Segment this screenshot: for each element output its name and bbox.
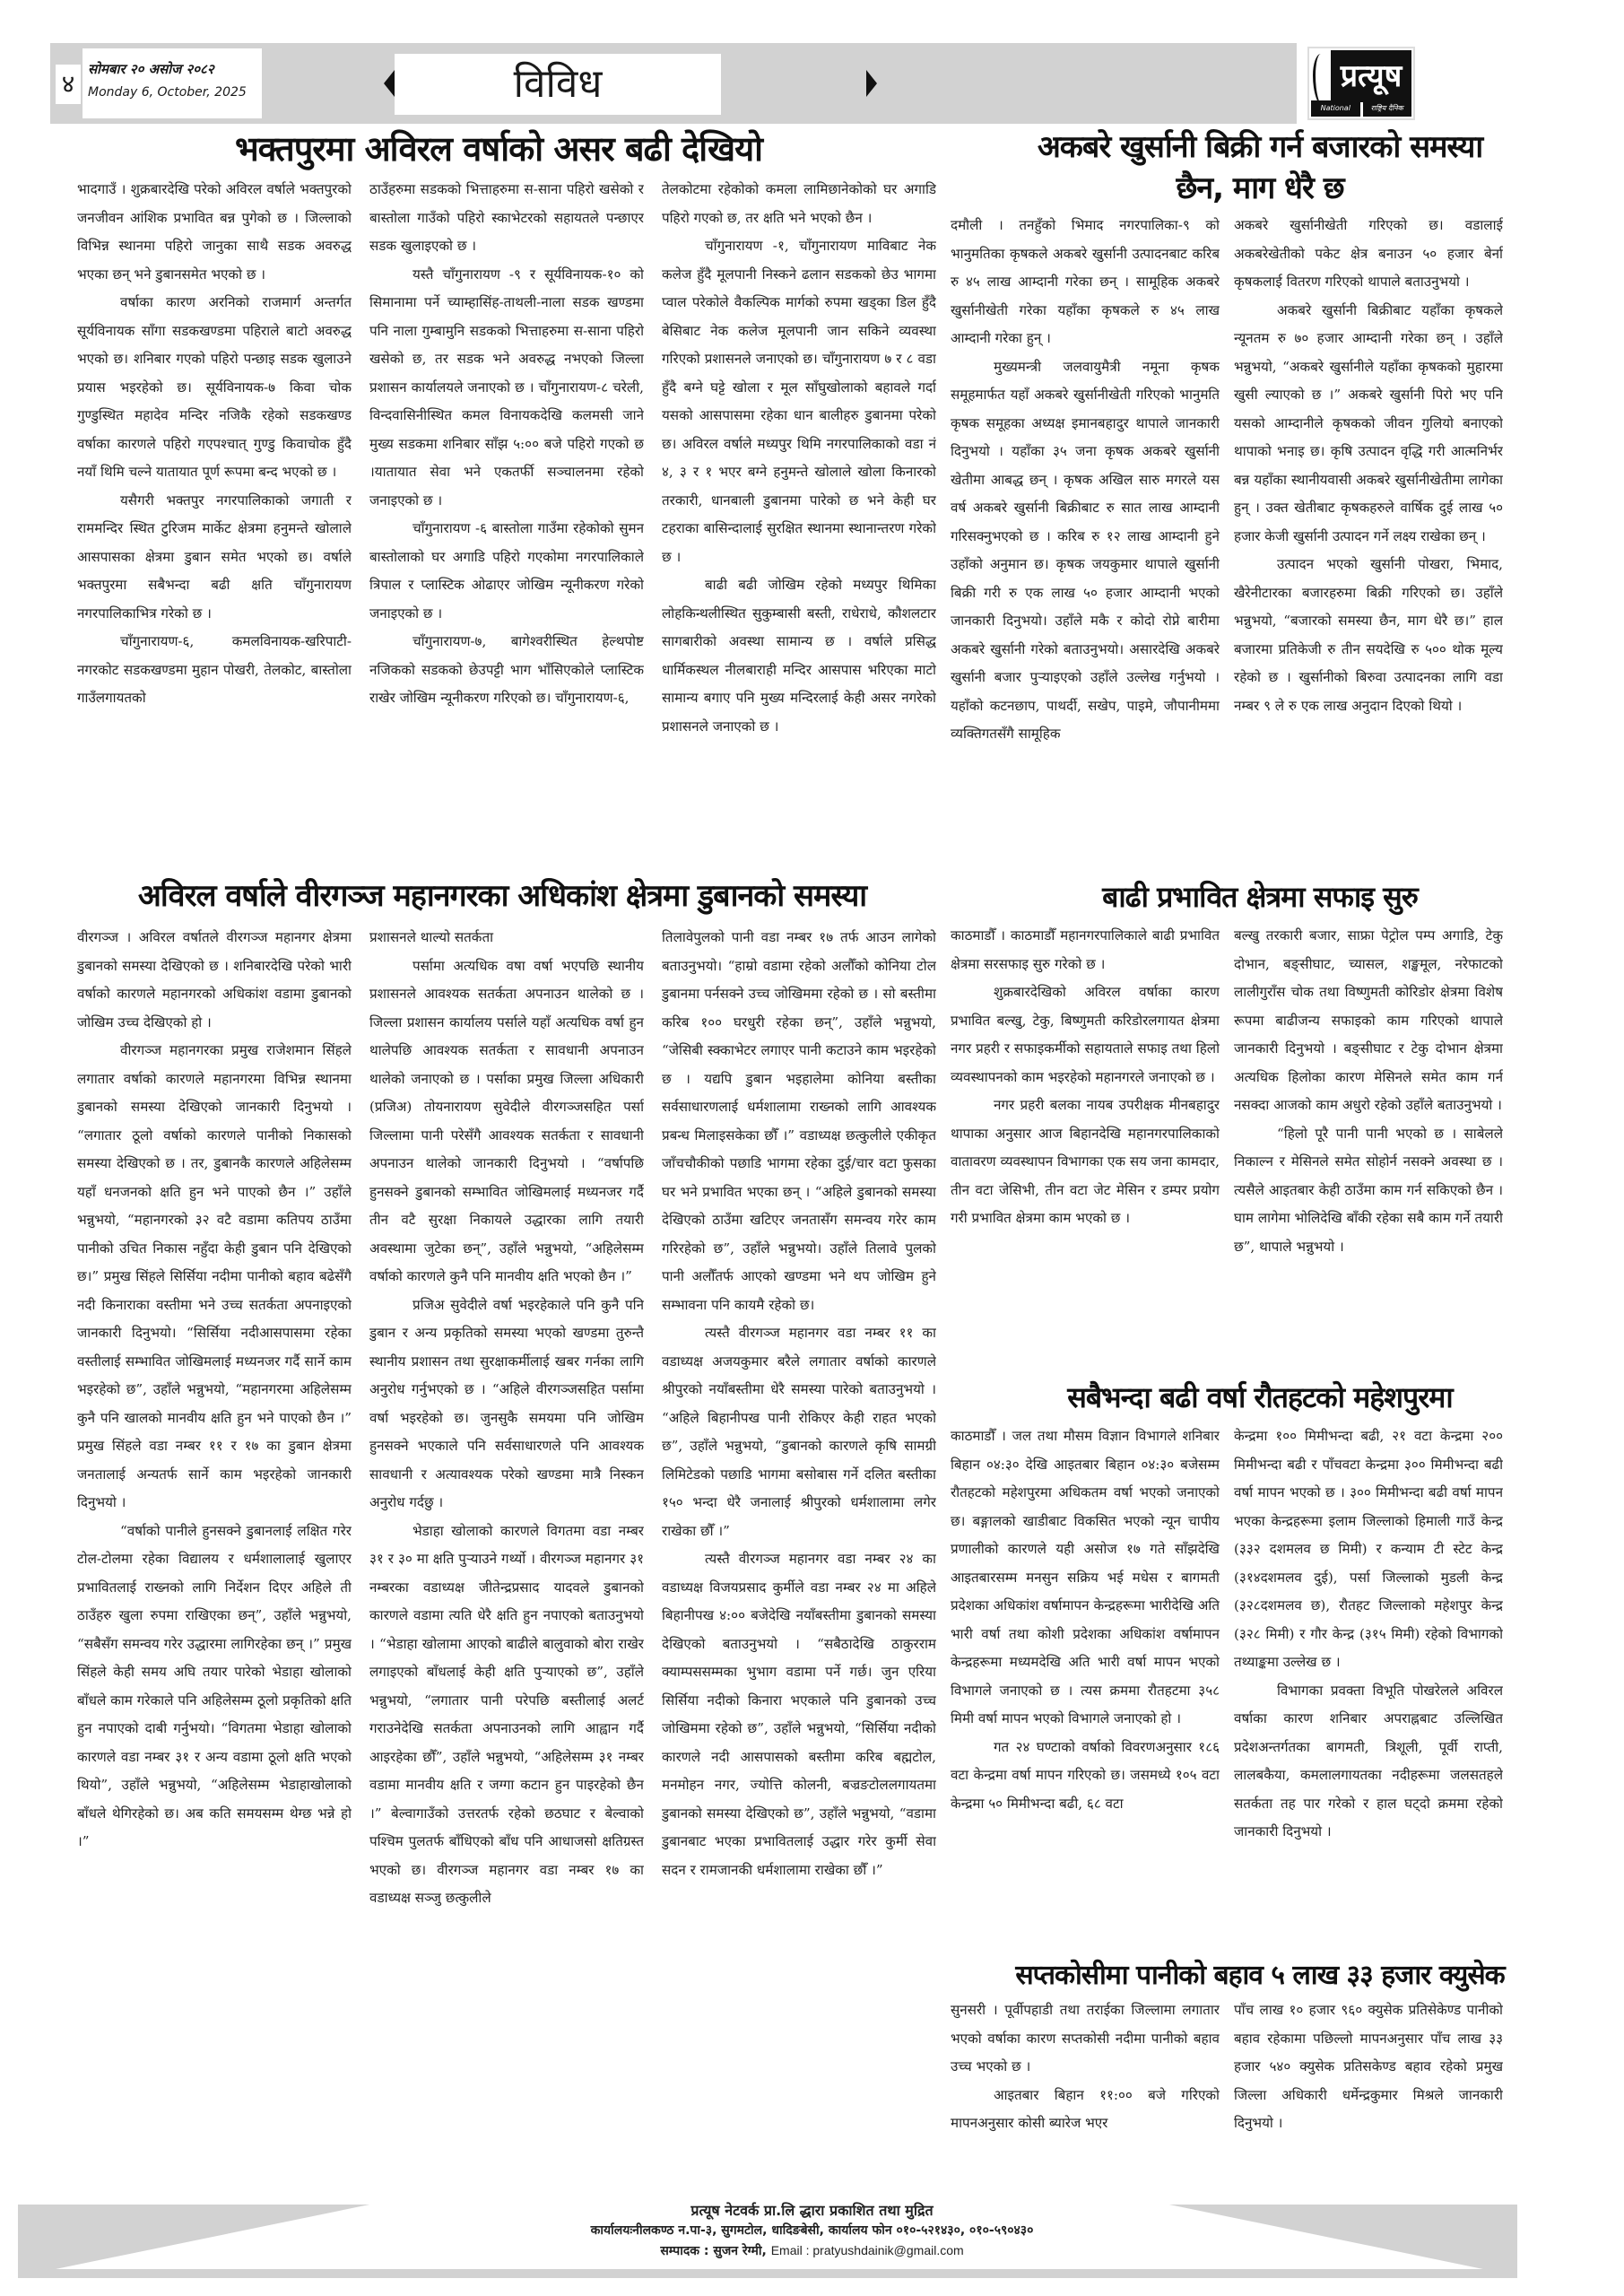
article-column: तेलकोटमा रहेकोको कमला लामिछानेकोको घर अग… — [662, 176, 936, 866]
footer-publisher: प्रत्यूष नेटवर्क प्रा.लि द्धारा प्रकाशित… — [0, 2201, 1624, 2221]
article-column: काठमाडौँ । काठमाडौँ महानगरपालिकाले बाढी … — [951, 922, 1220, 1370]
newspaper-logo: प्रत्यूष National Daily राष्ट्रिय दैनिक — [1307, 47, 1415, 120]
article-paragraph: सुनसरी । पूर्वीपहाडी तथा तराईका जिल्लामा… — [951, 1996, 1220, 2082]
article-body-bhaktapur: भादगाउँ । शुक्रबारदेखि परेको अविरल वर्षा… — [77, 176, 943, 866]
article-column: काठमाडौँ । जल तथा मौसम विज्ञान विभागले श… — [951, 1422, 1220, 1952]
article-body-cleanup: काठमाडौँ । काठमाडौँ महानगरपालिकाले बाढी … — [951, 922, 1578, 1370]
article-paragraph: वीरगञ्ज महानगरका प्रमुख राजेशमान सिंहले … — [77, 1037, 352, 1518]
article-column: बल्खु तरकारी बजार, साफ्रा पेट्रोल पम्प अ… — [1234, 922, 1503, 1370]
article-paragraph: पर्सामा अत्यधिक वषा वर्षा भएपछि स्थानीय … — [369, 952, 644, 1291]
article-paragraph: काठमाडौँ । काठमाडौँ महानगरपालिकाले बाढी … — [951, 922, 1220, 978]
article-paragraph: ठाउँहरुमा सडकको भित्ताहरुमा स-साना पहिरो… — [369, 176, 644, 261]
right-triangle-icon — [866, 70, 877, 97]
article-paragraph: आइतबार बिहान ११:०० बजे गरिएको मापनअनुसार… — [951, 2082, 1220, 2138]
article-column: भादगाउँ । शुक्रबारदेखि परेको अविरल वर्षा… — [77, 176, 352, 866]
article-headline-birgunj: अविरल वर्षाले वीरगञ्ज महानगरका अधिकांश क… — [54, 872, 951, 920]
article-paragraph: अकबरे खुर्सानी बिक्रीबाट यहाँका कृषकले न… — [1234, 297, 1503, 552]
article-paragraph: दमौली । तनहुँको भिमाद नगरपालिका-९ को भान… — [951, 212, 1220, 353]
article-paragraph: चाँगुनारायण -१, चाँगुनारायण माविबाट नेक … — [662, 232, 936, 571]
article-paragraph: विभागका प्रवक्ता विभूति पोखरेलले अविरल व… — [1234, 1677, 1503, 1847]
article-column: तिलावेपुलको पानी वडा नम्बर १७ तर्फ आउन ल… — [662, 924, 936, 2194]
article-body-akbare: दमौली । तनहुँको भिमाद नगरपालिका-९ को भान… — [951, 212, 1578, 866]
date-english: Monday 6, October, 2025 — [88, 81, 256, 104]
article-headline-akbare-line2: छैन, माग धेरै छ — [951, 167, 1569, 210]
section-title: विविध — [395, 54, 721, 115]
article-column: पाँच लाख १० हजार ९६० क्युसेक प्रतिसेकेण्… — [1234, 1996, 1503, 2194]
article-paragraph: चाँगुनारायण-६, कमलविनायक-खरिपाटी-नगरकोट … — [77, 628, 352, 713]
article-paragraph: शुक्रबारदेखिको अविरल वर्षाका कारण प्रभाव… — [951, 978, 1220, 1091]
article-paragraph: अकबरे खुर्सानीखेती गरिएको छ। वडालाई अकबर… — [1234, 212, 1503, 297]
date-box: सोमबार २० असोज २०८२ Monday 6, October, 2… — [83, 48, 262, 118]
article-paragraph: उत्पादन भएको खुर्सानी पोखरा, भिमाद, खैरे… — [1234, 551, 1503, 720]
article-column: प्रशासनले थाल्यो सतर्कतापर्सामा अत्यधिक … — [369, 924, 644, 2194]
article-paragraph: गत २४ घण्टाको वर्षाको विवरणअनुसार १८६ वट… — [951, 1734, 1220, 1819]
article-paragraph: त्यस्तै वीरगञ्ज महानगर वडा नम्बर २४ का व… — [662, 1545, 936, 1884]
article-paragraph: नगर प्रहरी बलका नायब उपरीक्षक मीनबहादुर … — [951, 1091, 1220, 1233]
article-headline-akbare-line1: अकबरे खुर्सानी बिक्री गर्न बजारको समस्या — [951, 126, 1569, 169]
article-paragraph: “हिलो पूरै पानी पानी भएको छ । साबेलले नि… — [1234, 1120, 1503, 1262]
article-headline-cleanup: बाढी प्रभावित क्षेत्रमा सफाइ सुरु — [951, 875, 1569, 918]
article-body-mahespur: काठमाडौँ । जल तथा मौसम विज्ञान विभागले श… — [951, 1422, 1578, 1952]
article-paragraph: भेडाहा खोलाको कारणले विगतमा वडा नम्बर ३१… — [369, 1518, 644, 1913]
article-paragraph: तेलकोटमा रहेकोको कमला लामिछानेकोको घर अग… — [662, 176, 936, 232]
article-paragraph: वीरगञ्ज । अविरल वर्षातले वीरगञ्ज महानगर … — [77, 924, 352, 1037]
footer-imprint: प्रत्यूष नेटवर्क प्रा.लि द्धारा प्रकाशित… — [0, 2201, 1624, 2261]
article-paragraph: पाँच लाख १० हजार ९६० क्युसेक प्रतिसेकेण्… — [1234, 1996, 1503, 2138]
footer-office: कार्यालयःनीलकण्ठ न.पा-३, सुगमटोल, धादिङब… — [0, 2221, 1624, 2240]
article-headline-bhaktapur: भक्तपुरमा अविरल वर्षाको असर बढी देखियो — [50, 126, 947, 172]
logo-tagline-en: National Daily — [1311, 100, 1360, 117]
article-body-birgunj: वीरगञ्ज । अविरल वर्षातले वीरगञ्ज महानगर … — [77, 924, 943, 2194]
article-paragraph: बल्खु तरकारी बजार, साफ्रा पेट्रोल पम्प अ… — [1234, 922, 1503, 1120]
article-paragraph: “वर्षाको पानीले हुनसक्ने डुबानलाई लक्षित… — [77, 1518, 352, 1857]
footer-email[interactable]: Email : pratyushdainik@gmail.com — [771, 2243, 964, 2257]
article-paragraph: चाँगुनारायण-७, बागेश्वरीस्थित हेल्थपोष्ट… — [369, 628, 644, 713]
article-paragraph: तिलावेपुलको पानी वडा नम्बर १७ तर्फ आउन ल… — [662, 924, 936, 1319]
article-paragraph: त्यस्तै वीरगञ्ज महानगर वडा नम्बर ११ का व… — [662, 1319, 936, 1545]
article-paragraph: बाढी बढी जोखिम रहेको मध्यपुर थिमिका लोहक… — [662, 571, 936, 741]
article-paragraph: भादगाउँ । शुक्रबारदेखि परेको अविरल वर्षा… — [77, 176, 352, 289]
logo-taglines: National Daily राष्ट्रिय दैनिक — [1311, 100, 1411, 117]
article-column: केन्द्रमा १०० मिमीभन्दा बढी, २१ वटा केन्… — [1234, 1422, 1503, 1952]
article-paragraph: यस्तै चाँगुनारायण -९ र सूर्यविनायक-१० को… — [369, 261, 644, 516]
article-paragraph: केन्द्रमा १०० मिमीभन्दा बढी, २१ वटा केन्… — [1234, 1422, 1503, 1677]
article-paragraph: काठमाडौँ । जल तथा मौसम विज्ञान विभागले श… — [951, 1422, 1220, 1734]
article-column: दमौली । तनहुँको भिमाद नगरपालिका-९ को भान… — [951, 212, 1220, 866]
article-column: सुनसरी । पूर्वीपहाडी तथा तराईका जिल्लामा… — [951, 1996, 1220, 2194]
left-triangle-icon — [384, 70, 395, 97]
article-paragraph: प्रजिअ सुवेदीले वर्षा भइरहेकाले पनि कुनै… — [369, 1291, 644, 1518]
logo-title: प्रत्यूष — [1331, 50, 1411, 102]
footer-editor: सम्पादक : सुजन रेग्मी, — [660, 2244, 767, 2258]
article-paragraph: चाँगुनारायण -६ बास्तोला गाउँमा रहेकोको स… — [369, 515, 644, 628]
date-nepali: सोमबार २० असोज २०८२ — [88, 57, 256, 81]
article-column: अकबरे खुर्सानीखेती गरिएको छ। वडालाई अकबर… — [1234, 212, 1503, 866]
article-paragraph: वर्षाका कारण अरनिको राजमार्ग अन्तर्गत सू… — [77, 289, 352, 487]
article-column: वीरगञ्ज । अविरल वर्षातले वीरगञ्ज महानगर … — [77, 924, 352, 2194]
page-number: ४ — [56, 65, 81, 104]
article-paragraph: प्रशासनले थाल्यो सतर्कता — [369, 924, 644, 952]
article-headline-saptakoshi: सप्तकोसीमा पानीको बहाव ५ लाख ३३ हजार क्य… — [951, 1955, 1569, 1996]
footer-editor-line: सम्पादक : सुजन रेग्मी, Email : pratyushd… — [0, 2240, 1624, 2261]
logo-tagline-np: राष्ट्रिय दैनिक — [1363, 100, 1412, 117]
article-paragraph: मुख्यमन्त्री जलवायुमैत्री नमूना कृषक समू… — [951, 353, 1220, 749]
quill-icon — [1313, 54, 1333, 108]
article-body-saptakoshi: सुनसरी । पूर्वीपहाडी तथा तराईका जिल्लामा… — [951, 1996, 1578, 2194]
article-column: ठाउँहरुमा सडकको भित्ताहरुमा स-साना पहिरो… — [369, 176, 644, 866]
article-paragraph: यसैगरी भक्तपुर नगरपालिकाको जगाती र राममन… — [77, 487, 352, 629]
article-headline-mahespur: सबैभन्दा बढी वर्षा रौतहटको महेशपुरमा — [951, 1376, 1569, 1419]
